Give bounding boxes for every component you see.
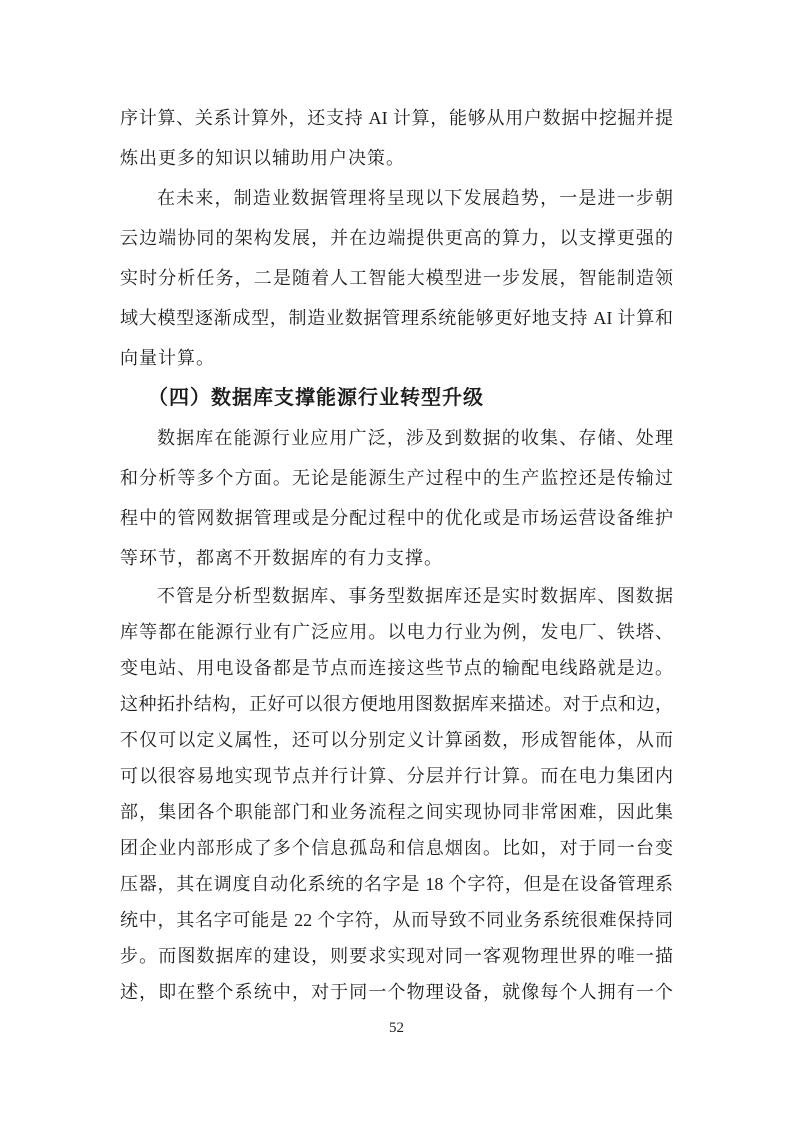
text-line: 不仅可以定义属性，还可以分别定义计算函数，形成智能体，从而: [120, 722, 673, 758]
section-heading: （四）数据库支撑能源行业转型升级: [120, 378, 673, 418]
text-line: 在未来，制造业数据管理将呈现以下发展趋势，一是进一步朝: [120, 178, 673, 218]
text-line: 数据库在能源行业应用广泛，涉及到数据的收集、存储、处理: [120, 418, 673, 458]
document-body: 序计算、关系计算外，还支持 AI 计算，能够从用户数据中挖掘并提炼出更多的知识以…: [120, 98, 673, 1010]
text-line: 压器，其在调度自动化系统的名字是 18 个字符，但是在设备管理系: [120, 866, 673, 902]
text-line: 这种拓扑结构，正好可以很方便地用图数据库来描述。对于点和边，: [120, 686, 673, 722]
text-line: 实时分析任务，二是随着人工智能大模型进一步发展，智能制造领: [120, 258, 673, 298]
paragraph: 在未来，制造业数据管理将呈现以下发展趋势，一是进一步朝云边端协同的架构发展，并在…: [120, 178, 673, 378]
text-line: 域大模型逐渐成型，制造业数据管理系统能够更好地支持 AI 计算和: [120, 298, 673, 338]
section-heading-block: （四）数据库支撑能源行业转型升级: [120, 378, 673, 418]
paragraph: 数据库在能源行业应用广泛，涉及到数据的收集、存储、处理和分析等多个方面。无论是能…: [120, 418, 673, 578]
text-line: 部，集团各个职能部门和业务流程之间实现协同非常困难，因此集: [120, 794, 673, 830]
text-line: 和分析等多个方面。无论是能源生产过程中的生产监控还是传输过: [120, 458, 673, 498]
text-line: 可以很容易地实现节点并行计算、分层并行计算。而在电力集团内: [120, 758, 673, 794]
text-line: 程中的管网数据管理或是分配过程中的优化或是市场运营设备维护: [120, 498, 673, 538]
text-line: 步。而图数据库的建设，则要求实现对同一客观物理世界的唯一描: [120, 938, 673, 974]
text-line: 统中，其名字可能是 22 个字符，从而导致不同业务系统很难保持同: [120, 902, 673, 938]
text-line: 炼出更多的知识以辅助用户决策。: [120, 138, 673, 178]
text-line: 等环节，都离不开数据库的有力支撑。: [120, 538, 673, 578]
text-line: 变电站、用电设备都是节点而连接这些节点的输配电线路就是边。: [120, 650, 673, 686]
text-line: 向量计算。: [120, 338, 673, 378]
text-line: 序计算、关系计算外，还支持 AI 计算，能够从用户数据中挖掘并提: [120, 98, 673, 138]
text-line: 团企业内部形成了多个信息孤岛和信息烟囱。比如，对于同一台变: [120, 830, 673, 866]
text-line: 不管是分析型数据库、事务型数据库还是实时数据库、图数据: [120, 578, 673, 614]
text-line: 云边端协同的架构发展，并在边端提供更高的算力，以支撑更强的: [120, 218, 673, 258]
text-line: 述，即在整个系统中，对于同一个物理设备，就像每个人拥有一个: [120, 974, 673, 1010]
paragraph: 不管是分析型数据库、事务型数据库还是实时数据库、图数据库等都在能源行业有广泛应用…: [120, 578, 673, 1010]
text-line: 库等都在能源行业有广泛应用。以电力行业为例，发电厂、铁塔、: [120, 614, 673, 650]
paragraph: 序计算、关系计算外，还支持 AI 计算，能够从用户数据中挖掘并提炼出更多的知识以…: [120, 98, 673, 178]
page-number: 52: [0, 1020, 793, 1037]
document-page: 序计算、关系计算外，还支持 AI 计算，能够从用户数据中挖掘并提炼出更多的知识以…: [0, 0, 793, 1122]
